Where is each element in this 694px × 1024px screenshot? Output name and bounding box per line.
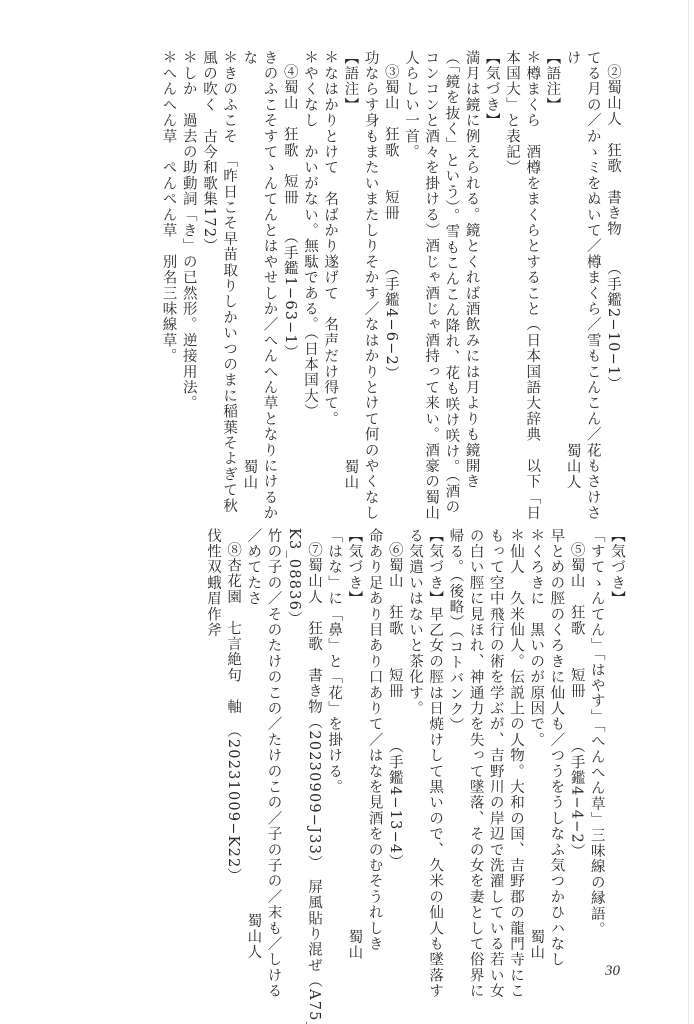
poem-line: てる月の／かゝミをぬいて／樽まくら／雪もこんこん／花もさけさ	[583, 50, 603, 490]
entry-header-text: ⑤蜀山 狂歌 短冊 （手鑑4−4−2）	[569, 528, 585, 860]
commentary-line: る気遣いはないと茶化す。	[405, 528, 425, 960]
note-line: ＊きのふこそ 「昨日こそ早苗取りしかいつのまに稲葉そよぎて秋	[219, 50, 239, 490]
note-text: ＊くろきに 黒いのが原因で。	[528, 528, 544, 748]
entry-8-header: ⑧杏花園 七言絶句 軸 （20231009−K22）	[223, 528, 243, 960]
entry-6-header: ⑥蜀山 狂歌 短冊 （手鑑4−13−4）	[385, 528, 405, 960]
note-text: ＊きのふこそ 「昨日こそ早苗取りしかいつのまに稲葉そよぎて秋	[221, 50, 237, 514]
note-line: もって空中飛行の術を学ぶが、吉野川の岸辺で洗濯している若い女	[486, 528, 506, 960]
poem-text: きのふこそすてゝんてんとはやせしか／へんへん草となりにけるか	[262, 50, 278, 521]
poem-line: 伐性双蛾眉作斧	[203, 528, 223, 960]
entry-4-header: ④蜀山 狂歌 短冊 （手鑑1−63−1）	[280, 50, 300, 490]
entry-header-text: ⑥蜀山 狂歌 短冊 （手鑑4−13−4）	[387, 528, 403, 870]
poem-text: 竹の子の／そのたけのこの／たけのこの／子の子の／末も／しける	[266, 528, 282, 999]
commentary-text: 【気づき】早乙女の脛は日焼けして黒いので、久米の仙人も墜落す	[427, 528, 443, 999]
poem-line: きのふこそすてゝんてんとはやせしか／へんへん草となりにけるか	[259, 50, 279, 490]
note-line: ＊しか 過去の助動詞「き」の已然形。逆接用法。	[179, 50, 199, 490]
entry-header-text: ⑧杏花園 七言絶句 軸 （20231009−K22）	[225, 528, 241, 884]
commentary-line: 満月は鏡に例えられる。鏡とくれば酒飲みには月よりも鏡開き	[461, 50, 481, 490]
entry-5-header: ⑤蜀山 狂歌 短冊 （手鑑4−4−2）	[566, 528, 586, 960]
section-heading-kizuki: 【気づき】	[482, 50, 502, 490]
commentary-text: 「はな」に「鼻」と「花」を掛ける。	[326, 528, 342, 795]
poem-line: 早とめの脛のくろきに仙人も／つうをうしなふ気つかひハなし	[546, 528, 566, 960]
commentary-line: 【気づき】早乙女の脛は日焼けして黒いので、久米の仙人も墜落す	[425, 528, 445, 960]
commentary-line: コンコンと酒々を掛ける）酒じゃ酒じゃ酒持って来い。酒豪の蜀山	[421, 50, 441, 490]
page-number: 30	[605, 963, 620, 980]
note-line: の白い脛に見ほれ、神通力を失って墜落、その女を妻として俗界に	[465, 528, 485, 960]
poem-line: 竹の子の／そのたけのこの／たけのこの／子の子の／末も／しける	[263, 528, 283, 960]
heading-text: 【気づき】	[484, 50, 500, 129]
author-signature: 蜀山	[239, 459, 259, 490]
commentary-text: 「すてゝんてん」「はやす」「へんへん草」三味線の縁語。	[589, 528, 605, 937]
commentary-text: 満月は鏡に例えられる。鏡とくれば酒飲みには月よりも鏡開き	[464, 50, 480, 490]
commentary-line: （「鏡を抜く」という）。雪もこんこん降れ、花も咲け咲け。（酒の	[441, 50, 461, 490]
note-text: 帰る。（後略）（コトバンク）	[447, 528, 463, 733]
author-signature: 蜀山人	[562, 443, 582, 490]
entry-header-text: ②蜀山人 狂歌 書き物 （手鑑2−10−1）	[605, 50, 621, 392]
page-edge-line	[688, 0, 689, 1024]
poem-text: な	[241, 50, 257, 66]
commentary-text: コンコンと酒々を掛ける）酒じゃ酒じゃ酒持って来い。酒豪の蜀山	[423, 50, 439, 521]
poem-line: け蜀山人	[562, 50, 582, 490]
entry-header-text: K3_08836）	[286, 528, 302, 627]
note-text: ＊しか 過去の助動詞「き」の已然形。逆接用法。	[181, 50, 197, 411]
note-line: 本国大」と表記）	[502, 50, 522, 490]
note-text: ＊樽まくら 酒樽をまくらとすること（日本国語大辞典 以下「日	[524, 50, 540, 521]
bottom-text-section: 【気づき】 「すてゝんてん」「はやす」「へんへん草」三味線の縁語。 ⑤蜀山 狂歌…	[203, 528, 627, 960]
entry-3-header: ③蜀山 狂歌 短冊 （手鑑4−6−2）	[381, 50, 401, 490]
commentary-text: （「鏡を抜く」という）。雪もこんこん降れ、花も咲け咲け。（酒の	[443, 50, 459, 515]
commentary-line: 「すてゝんてん」「はやす」「へんへん草」三味線の縁語。	[587, 528, 607, 960]
poem-text: ／めてたさ	[245, 528, 261, 607]
commentary-text: る気遣いはないと茶化す。	[407, 528, 423, 716]
entry-7-header-cont: K3_08836）	[284, 528, 304, 960]
entry-header-text: ④蜀山 狂歌 短冊 （手鑑1−63−1）	[282, 50, 298, 361]
entry-2-header: ②蜀山人 狂歌 書き物 （手鑑2−10−1）	[603, 50, 623, 490]
entry-header-text: ③蜀山 狂歌 短冊 （手鑑4−6−2）	[383, 50, 399, 382]
note-text: ＊なはかりとけて 名ばかり遂げて 名声だけ得て。	[322, 50, 338, 427]
note-line: ＊樽まくら 酒樽をまくらとすること（日本国語大辞典 以下「日	[522, 50, 542, 490]
section-heading-goshu: 【語注】	[340, 50, 360, 490]
note-text: ＊やくなし かいがない。無駄である。（日本国大）	[302, 50, 318, 420]
section-heading-goshu: 【語注】	[542, 50, 562, 490]
commentary-text: 人らしい一首。	[403, 50, 419, 160]
note-line: 風の吹く 古今和歌集172）	[199, 50, 219, 490]
note-line: ＊仙人 久米仙人。伝説上の人物。大和の国、吉野郡の龍門寺にこ	[506, 528, 526, 960]
note-text: もって空中飛行の術を学ぶが、吉野川の岸辺で洗濯している若い女	[488, 528, 504, 999]
top-text-section: ②蜀山人 狂歌 書き物 （手鑑2−10−1） てる月の／かゝミをぬいて／樽まくら…	[158, 50, 623, 490]
note-text: の白い脛に見ほれ、神通力を失って墜落、その女を妻として俗界に	[468, 528, 484, 999]
note-text: ＊仙人 久米仙人。伝説上の人物。大和の国、吉野郡の龍門寺にこ	[508, 528, 524, 999]
heading-text: 【語注】	[544, 50, 560, 113]
poem-text: 功ならす身もまたいまたしりそかす／なはかりとけて何のやくなし	[363, 50, 379, 521]
heading-text: 【気づき】	[609, 528, 625, 607]
poem-line: 命あり足あり目あり口ありて／はなを見酒をのむそうれしき	[364, 528, 384, 960]
commentary-line: 人らしい一首。	[401, 50, 421, 490]
note-line: ＊やくなし かいがない。無駄である。（日本国大）	[300, 50, 320, 490]
poem-text: け	[565, 50, 581, 66]
heading-text: 【語注】	[342, 50, 358, 113]
note-text: ＊へんへん草 ぺんぺん草 別名三味線草。	[161, 50, 177, 364]
note-text: 本国大」と表記）	[504, 50, 520, 176]
entry-7-header: ⑦蜀山人 狂歌 書き物（20230909−J33） 屏風貼り混ぜ（A75_	[304, 528, 324, 960]
note-line: ＊なはかりとけて 名ばかり遂げて 名声だけ得て。	[320, 50, 340, 490]
poem-line: な蜀山	[239, 50, 259, 490]
poem-line: 功ならす身もまたいまたしりそかす／なはかりとけて何のやくなし	[360, 50, 380, 490]
section-heading-kizuki: 【気づき】	[344, 528, 364, 960]
poem-text: てる月の／かゝミをぬいて／樽まくら／雪もこんこん／花もさけさ	[585, 50, 601, 521]
note-line: ＊くろきに 黒いのが原因で。	[526, 528, 546, 960]
commentary-line: 「はな」に「鼻」と「花」を掛ける。	[324, 528, 344, 960]
section-heading-kizuki: 【気づき】	[607, 528, 627, 960]
entry-header-text: ⑦蜀山人 狂歌 書き物（20230909−J33） 屏風貼り混ぜ（A75_	[306, 528, 322, 1024]
author-signature: 蜀山人	[243, 913, 263, 960]
note-line: 帰る。（後略）（コトバンク）	[445, 528, 465, 960]
note-text: 風の吹く 古今和歌集172）	[201, 50, 217, 254]
poem-text: 命あり足あり目あり口ありて／はなを見酒をのむそうれしき	[367, 528, 383, 952]
poem-text: 早とめの脛のくろきに仙人も／つうをうしなふ気つかひハなし	[548, 528, 564, 968]
poem-line: ／めてたさ蜀山人	[243, 528, 263, 960]
poem-text: 伐性双蛾眉作斧	[205, 528, 221, 638]
heading-text: 【気づき】	[346, 528, 362, 607]
note-line: ＊へんへん草 ぺんぺん草 別名三味線草。	[158, 50, 178, 490]
